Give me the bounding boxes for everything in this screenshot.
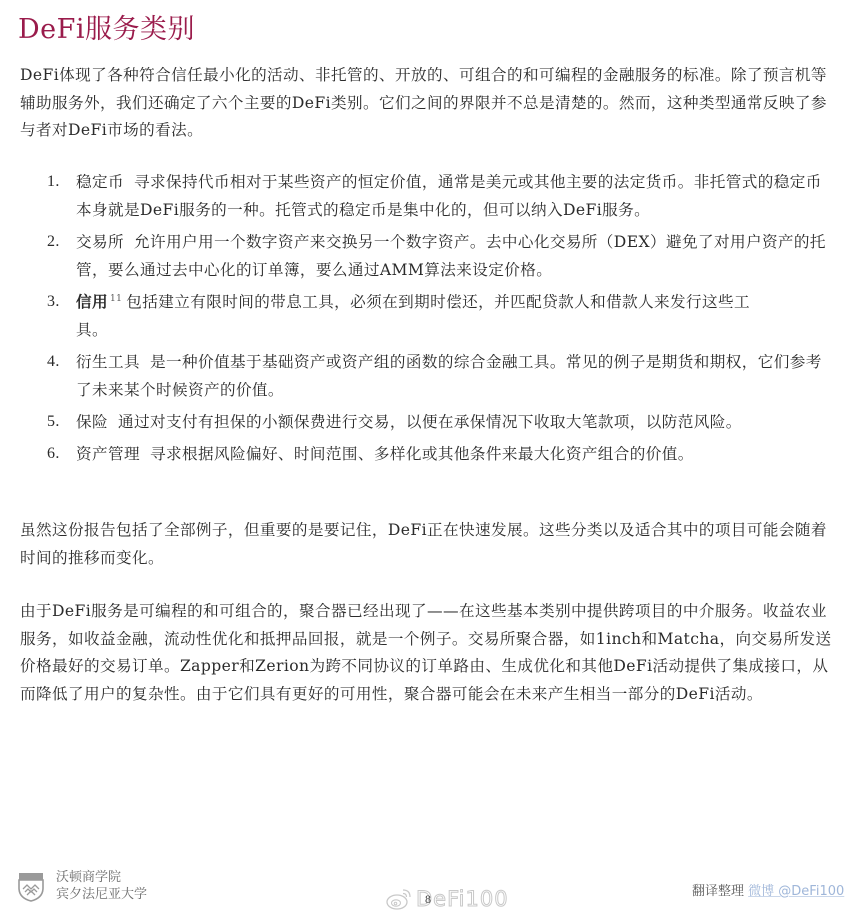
category-item-credit: 3. 信用11包括建立有限时间的带息工具，必须在到期时偿还，并匹配贷款人和借款人… xyxy=(47,288,776,344)
category-item-stablecoins: 1. 稳定币寻求保持代币相对于某些资产的恒定价值，通常是美元或其他主要的法定货币… xyxy=(47,168,836,224)
category-description: 是一种价值基于基础资产或资产组的函数的综合金融工具。常见的例子是期货和期权，它们… xyxy=(76,353,822,399)
category-description: 通过对支付有担保的小额保费进行交易，以便在承保情况下收取大笔款项，以防范风险。 xyxy=(118,413,742,431)
category-term: 资产管理 xyxy=(76,445,140,463)
footnote-marker[interactable]: 11 xyxy=(110,294,122,304)
weibo-link[interactable]: 微博 @DeFi100 xyxy=(748,884,844,899)
credit-label: 翻译整理 xyxy=(692,884,744,899)
category-item-exchanges: 2. 交易所允许用户用一个数字资产来交换另一个数字资产。去中心化交易所（DEX）… xyxy=(47,228,836,284)
list-number: 3. xyxy=(47,288,60,316)
evolution-paragraph: 虽然这份报告包括了全部例子，但重要的是要记住，DeFi正在快速发展。这些分类以及… xyxy=(20,517,835,572)
category-term: 衍生工具 xyxy=(76,353,140,371)
page-title: DeFi服务类别 xyxy=(18,12,195,48)
category-term: 稳定币 xyxy=(76,173,124,191)
list-number: 5. xyxy=(47,408,60,436)
school-name-line2: 宾夕法尼亚大学 xyxy=(56,886,147,903)
category-term: 交易所 xyxy=(76,233,124,251)
category-term: 信用 xyxy=(76,293,108,311)
category-term: 保险 xyxy=(76,413,108,431)
category-item-insurance: 5. 保险通过对支付有担保的小额保费进行交易，以便在承保情况下收取大笔款项，以防… xyxy=(47,408,836,436)
category-description: 包括建立有限时间的带息工具，必须在到期时偿还，并匹配贷款人和借款人来发行这些工具… xyxy=(76,293,750,339)
intro-paragraph: DeFi体现了各种符合信任最小化的活动、非托管的、开放的、可组合的和可编程的金融… xyxy=(20,62,835,145)
list-number: 1. xyxy=(47,168,60,196)
category-list: 1. 稳定币寻求保持代币相对于某些资产的恒定价值，通常是美元或其他主要的法定货币… xyxy=(47,168,837,472)
wharton-shield-logo-icon xyxy=(18,872,44,902)
category-description: 允许用户用一个数字资产来交换另一个数字资产。去中心化交易所（DEX）避免了对用户… xyxy=(76,233,826,279)
school-name: 沃顿商学院 宾夕法尼亚大学 xyxy=(56,869,147,903)
translation-credit: 翻译整理 微博 @DeFi100 xyxy=(692,880,844,899)
category-item-asset-management: 6. 资产管理寻求根据风险偏好、时间范围、多样化或其他条件来最大化资产组合的价值… xyxy=(47,440,836,468)
weibo-logo-icon xyxy=(386,887,412,911)
page-number: 8 xyxy=(425,892,431,907)
list-number: 6. xyxy=(47,440,60,468)
category-description: 寻求保持代币相对于某些资产的恒定价值，通常是美元或其他主要的法定货币。非托管式的… xyxy=(76,173,822,219)
category-description: 寻求根据风险偏好、时间范围、多样化或其他条件来最大化资产组合的价值。 xyxy=(150,445,694,463)
list-number: 4. xyxy=(47,348,60,376)
list-number: 2. xyxy=(47,228,60,256)
category-item-derivatives: 4. 衍生工具是一种价值基于基础资产或资产组的函数的综合金融工具。常见的例子是期… xyxy=(47,348,836,404)
school-name-line1: 沃顿商学院 xyxy=(56,869,147,886)
weibo-watermark: DeFi100 xyxy=(386,887,509,911)
aggregators-paragraph: 由于DeFi服务是可编程的和可组合的，聚合器已经出现了——在这些基本类别中提供跨… xyxy=(20,598,835,708)
